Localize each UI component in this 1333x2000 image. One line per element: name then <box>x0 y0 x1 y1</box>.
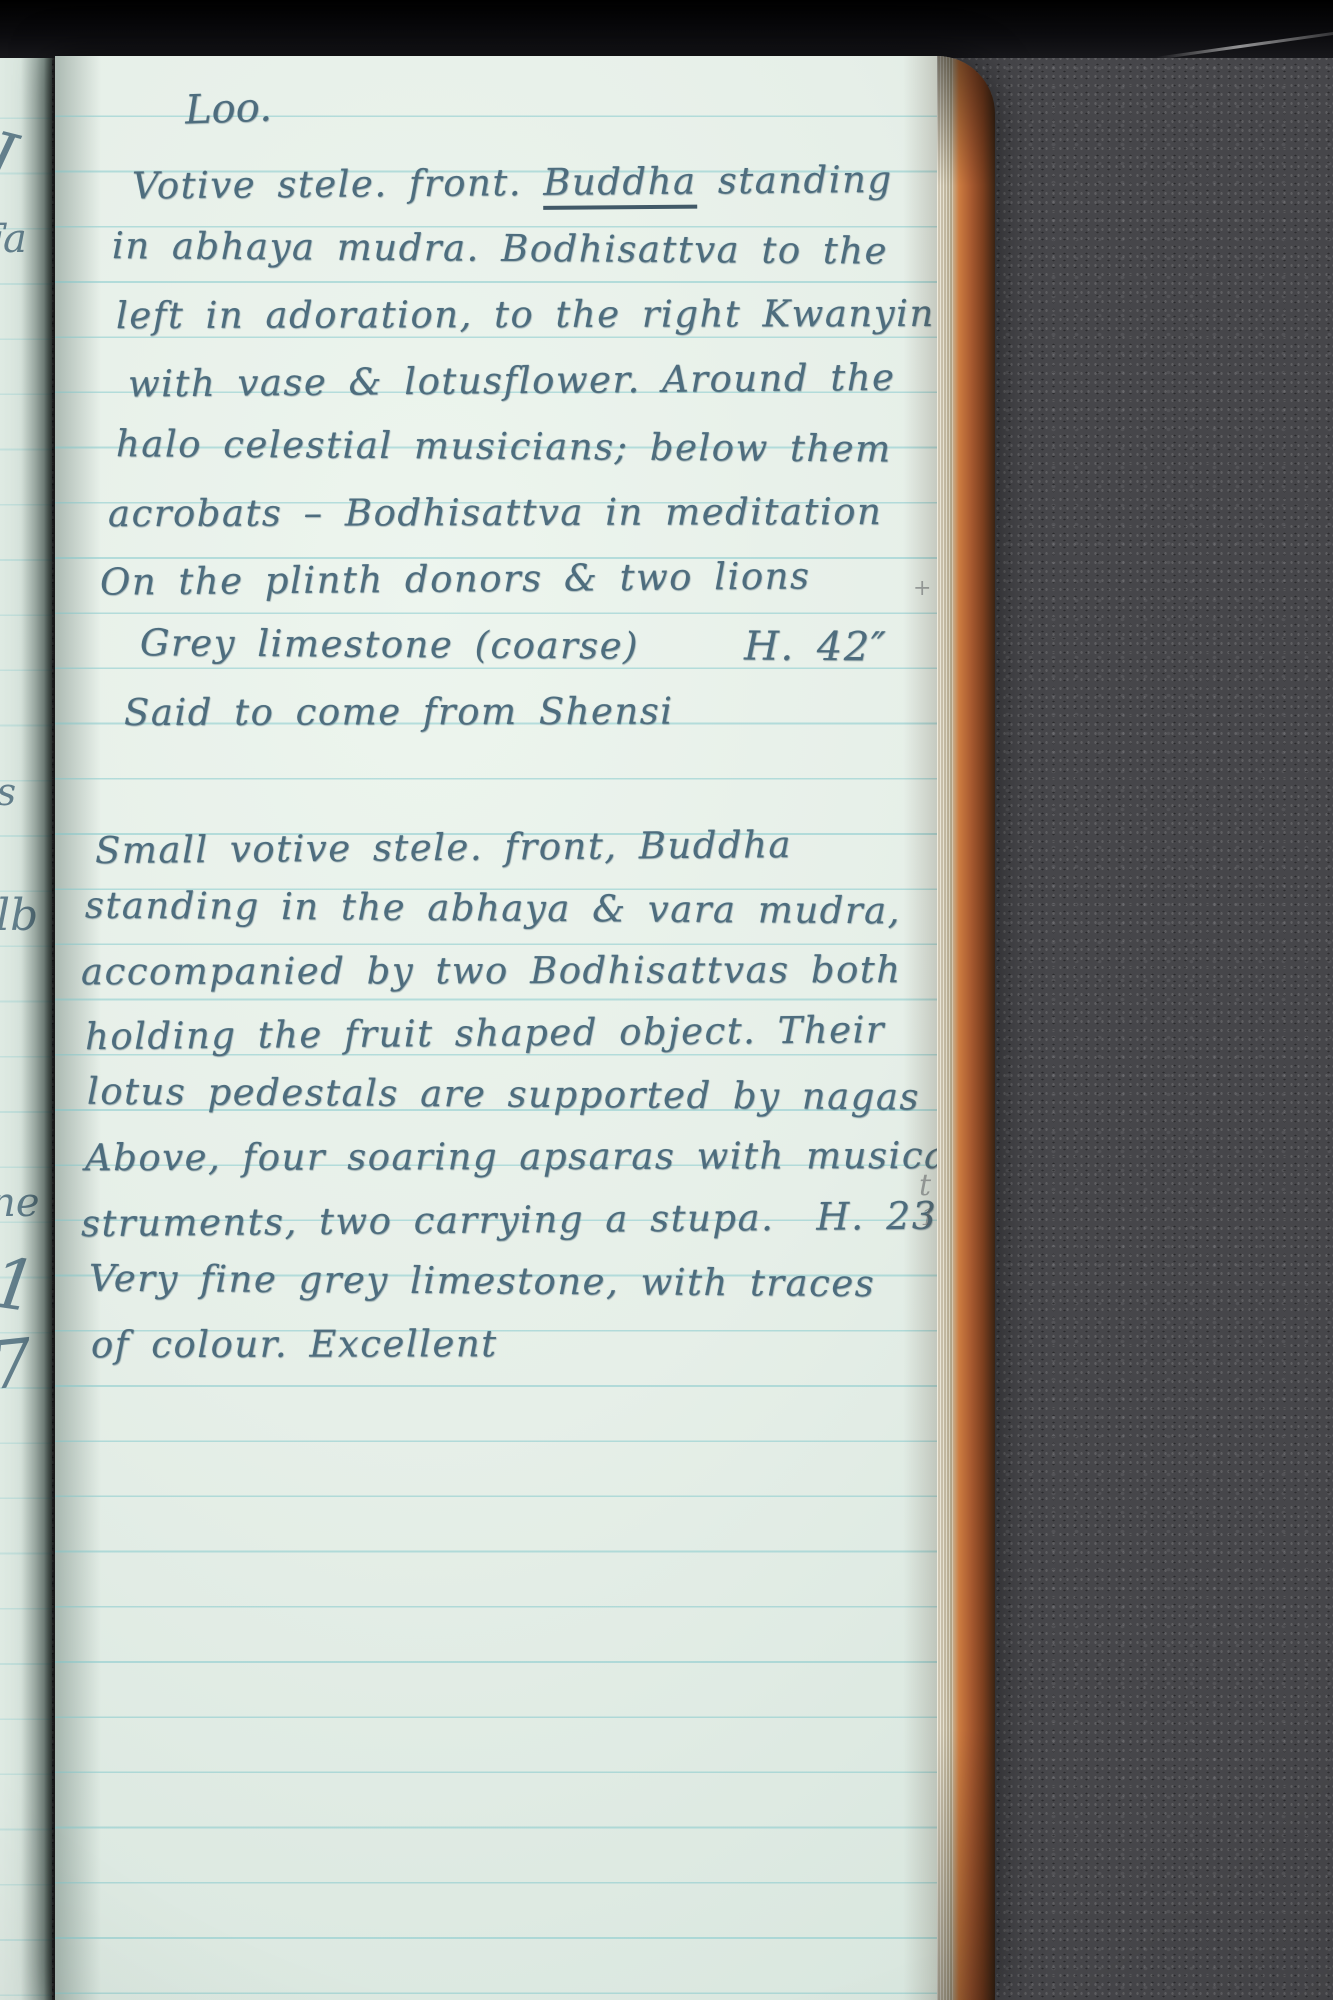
notebook-photo: J Fa as lb one 1 7 Loo. Votive stele. fr… <box>0 0 1333 2000</box>
height-note: H. 42″ <box>744 623 887 670</box>
page-heading: Loo. <box>184 85 272 134</box>
text-line: Grey limestone (coarse)H. 42″ <box>140 609 935 682</box>
entry-2: Small votive stele. front, Buddha standi… <box>79 816 995 1375</box>
line-text: Grey limestone (coarse) <box>140 621 639 667</box>
text-line: Said to come from Shensi <box>124 678 935 746</box>
pencil-mark: 1 <box>921 1206 935 1231</box>
ink-fragment: lb <box>0 890 38 941</box>
ink-fragment: 1 <box>0 1241 42 1328</box>
pencil-mark: t <box>919 1168 931 1203</box>
ink-fragment: Fa <box>0 216 27 262</box>
pencil-mark: + <box>913 576 931 601</box>
ink-fragment: J <box>0 118 22 196</box>
ink-fragment: 7 <box>0 1324 36 1405</box>
text-line: Small votive stele. front, Buddha <box>95 812 995 882</box>
text-line: of colour. Excellent <box>91 1312 995 1376</box>
ink-fragment: as <box>0 770 16 814</box>
text-line: holding the fruit shaped object. Their <box>85 998 995 1068</box>
entry-1: Votive stele. front. Buddha standing in … <box>100 150 935 745</box>
text-line: Above, four soaring apsaras with musical… <box>85 1125 995 1189</box>
text-line: in abhaya mudra. Bodhisattva to the <box>112 213 935 285</box>
text-line: accompanied by two Bodhisattvas both <box>81 939 995 1003</box>
page-surface: Loo. Votive stele. front. Buddha standin… <box>55 56 937 2000</box>
text-line: with vase & lotusflower. Around the <box>128 344 935 417</box>
text-line: halo celestial musicians; below them <box>116 411 935 483</box>
notebook-page: Loo. Votive stele. front. Buddha standin… <box>55 56 995 2000</box>
line-text: struments, two carrying a stupa. <box>81 1196 775 1245</box>
text-line: left in adoration, to the right Kwanyin <box>116 281 935 349</box>
underlined-word: Buddha <box>543 160 697 210</box>
line-text: standing <box>718 158 893 203</box>
text-line: struments, two carrying a stupa.H. 23½″ <box>81 1184 995 1255</box>
text-line: acrobats – Bodhisattva in meditation <box>108 479 935 547</box>
page-block-edge <box>937 56 995 2000</box>
dark-background-top <box>0 0 1333 58</box>
text-line: On the plinth donors & two lions <box>100 542 935 615</box>
line-text: Votive stele. front. <box>132 161 522 207</box>
ink-fragment: one <box>0 1180 40 1226</box>
text-line: lotus pedestals are supported by nagas <box>87 1061 995 1130</box>
text-line: Votive stele. front. Buddha standing <box>132 146 935 219</box>
text-line: Very fine grey limestone, with traces <box>89 1248 995 1317</box>
text-line: standing in the abhaya & vara mudra, <box>85 875 995 944</box>
